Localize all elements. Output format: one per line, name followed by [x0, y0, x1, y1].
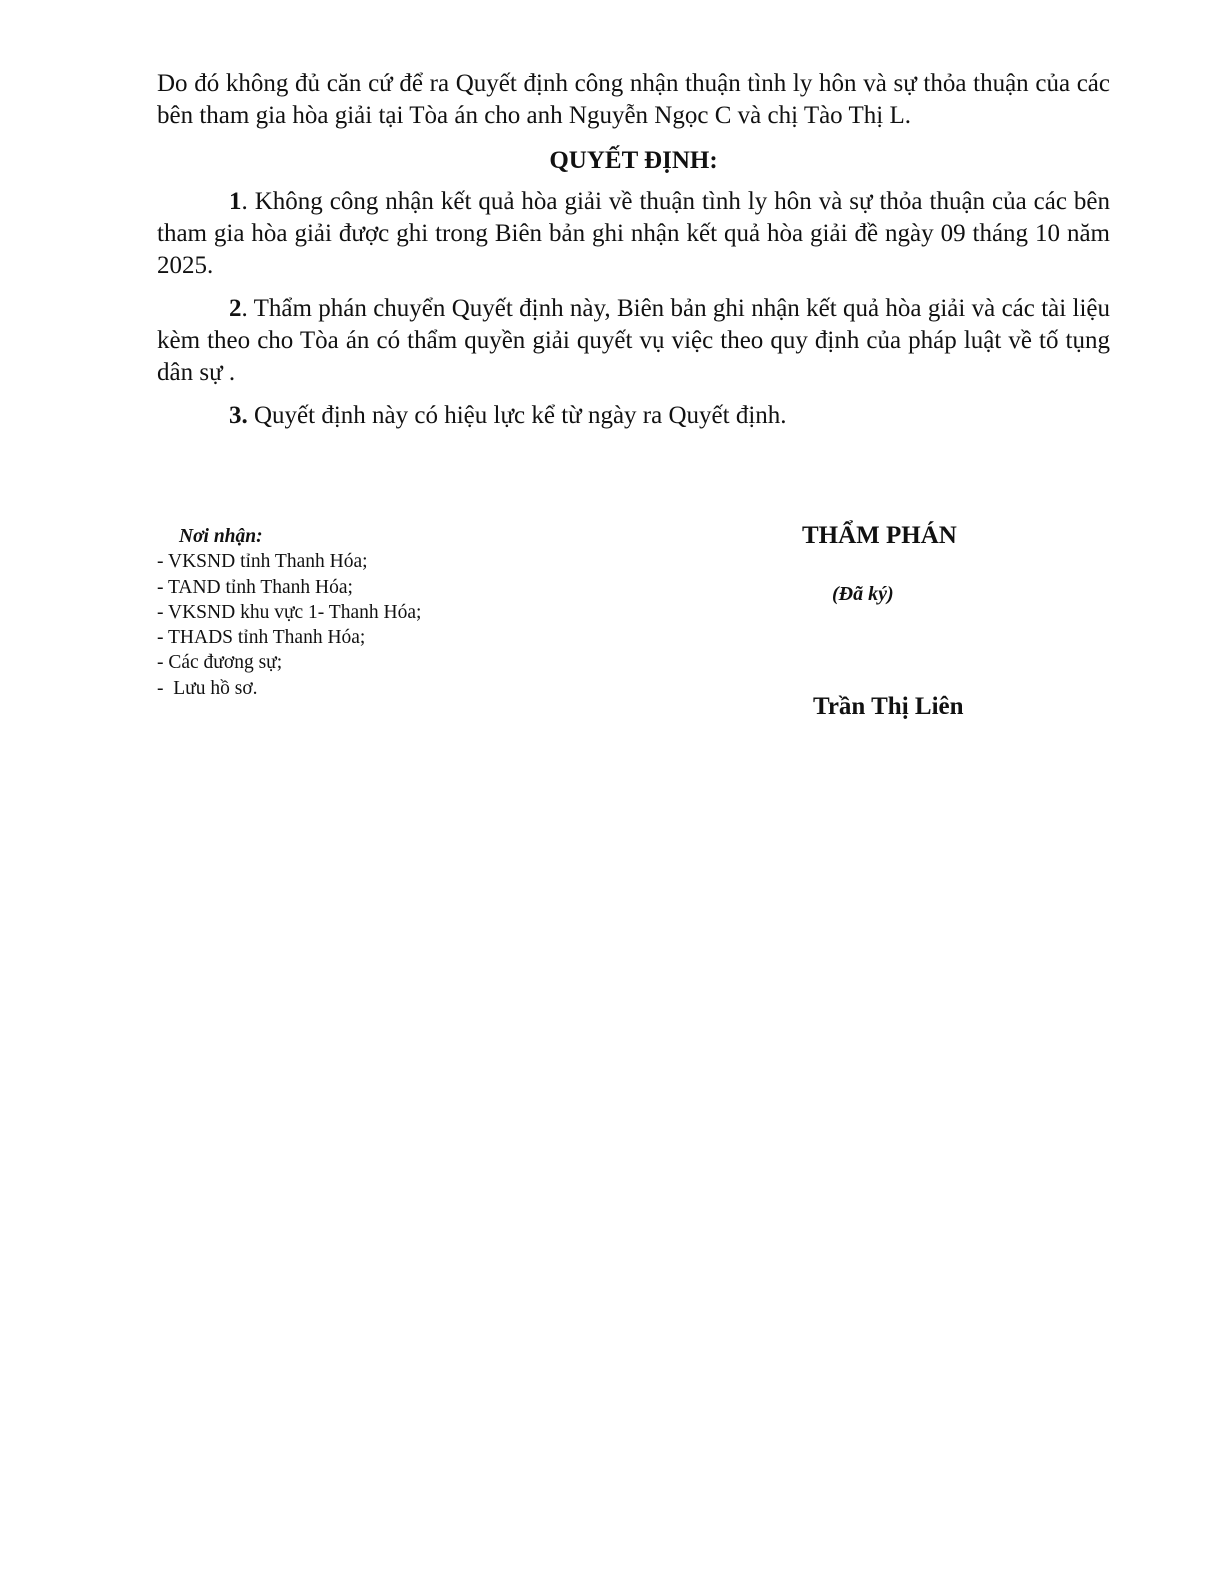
document-body: Do đó không đủ căn cứ để ra Quyết định c…	[157, 68, 1110, 443]
decision-item-1: 1. Không công nhận kết quả hòa giải về t…	[157, 186, 1110, 282]
recipient-item: - TAND tỉnh Thanh Hóa;	[157, 575, 557, 600]
item-number: 3.	[229, 402, 248, 429]
signer-title: THẨM PHÁN	[802, 522, 957, 550]
signer-name: Trần Thị Liên	[813, 693, 964, 721]
decision-item-2: 2. Thẩm phán chuyển Quyết định này, Biên…	[157, 293, 1110, 389]
item-number: 2	[229, 295, 242, 322]
signed-note: (Đã ký)	[832, 583, 894, 606]
recipient-item: - Các đương sự;	[157, 650, 557, 675]
item-text: . Thẩm phán chuyển Quyết định này, Biên …	[157, 295, 1110, 386]
recipient-item: - THADS tỉnh Thanh Hóa;	[157, 625, 557, 650]
intro-paragraph: Do đó không đủ căn cứ để ra Quyết định c…	[157, 68, 1110, 132]
recipients-title: Nơi nhận:	[157, 524, 557, 549]
decision-heading: QUYẾT ĐỊNH:	[157, 144, 1110, 178]
item-text: . Không công nhận kết quả hòa giải về th…	[157, 188, 1110, 279]
recipient-item: - VKSND khu vực 1- Thanh Hóa;	[157, 600, 557, 625]
decision-item-3: 3. Quyết định này có hiệu lực kể từ ngày…	[157, 400, 1110, 432]
item-number: 1	[229, 188, 242, 215]
recipient-item: - Lưu hồ sơ.	[157, 676, 557, 701]
recipient-item: - VKSND tỉnh Thanh Hóa;	[157, 549, 557, 574]
recipients-block: Nơi nhận: - VKSND tỉnh Thanh Hóa; - TAND…	[157, 524, 557, 701]
item-text: Quyết định này có hiệu lực kể từ ngày ra…	[248, 402, 787, 429]
